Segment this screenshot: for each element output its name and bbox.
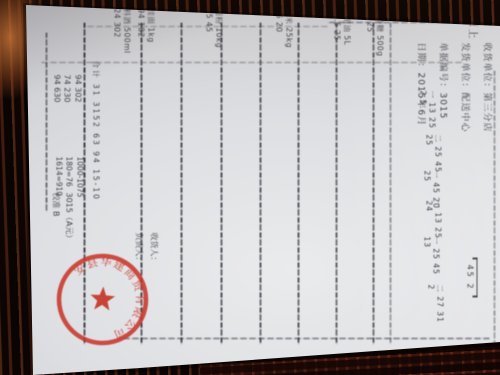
row-cell-4: 面粉 10kg25 45 [205, 9, 224, 67]
totals-value: 94 302 [72, 75, 83, 103]
table-column-line [42, 62, 462, 64]
totals-value: 1000-1075 [74, 157, 85, 198]
numeric-cluster-4: 一 13 2524 [425, 201, 442, 239]
star-icon [89, 284, 118, 314]
row-label: 大米 25kg [284, 9, 294, 67]
cluster-line: 二 25 45 [433, 135, 442, 173]
cluster-line: 13 [423, 237, 432, 275]
totals-value: 校准 B [50, 193, 63, 243]
table-row-line [181, 23, 183, 345]
photo-of-document: 源上 收货单位：第三分店 发货单位：配送中心 单据编号：3015 日期：2015… [0, 0, 500, 375]
cluster-line: 一 25 45 [431, 237, 440, 275]
row-label: 挂面 1kg [146, 9, 156, 67]
document-content: 源上 收货单位：第三分店 发货单位：配送中心 单据编号：3015 日期：2015… [30, 5, 500, 360]
numeric-cluster-5: 一 25 4513 [423, 237, 440, 275]
numeric-cluster-1: 一 13 252.5 [419, 91, 436, 129]
totals-column-2: 1000-1075180=761614=910 [53, 157, 85, 198]
table-top-border [494, 71, 496, 343]
table-row-line [298, 23, 300, 345]
table-row-line [336, 23, 338, 345]
table-row-line [373, 23, 375, 345]
numeric-cluster-2: 二 25 4525 [425, 135, 442, 173]
totals-value: 1614=910 [53, 157, 64, 198]
cluster-line: 2 [427, 285, 436, 323]
row-cell-6: 料酒 500ml24 302 [113, 9, 132, 67]
cluster-line: 2.5 [419, 91, 428, 129]
signature-line [46, 33, 48, 213]
row-cell-3: 大米 25kg45 20 [275, 9, 294, 67]
totals-value: 74 230 [62, 75, 73, 103]
row-cell-5: 挂面 1kg94 182 [137, 9, 156, 67]
numeric-cluster-6: 二 27 312 [427, 285, 444, 323]
totals-value: 94 630 [51, 75, 62, 103]
cluster-line: 25 [425, 135, 434, 173]
table-row-line [390, 23, 392, 345]
table-right-border [120, 338, 490, 340]
cluster-line: 一 13 25 [433, 201, 442, 239]
handwritten-bracket-value: 45 2 [466, 258, 478, 298]
row-figures: 45 20 [275, 9, 285, 67]
table-row-line [221, 23, 223, 345]
header-line-2: 发货单位：配送中心 [454, 43, 476, 193]
row-figures: 25 45 [205, 9, 215, 67]
row-label: 料酒 500ml [122, 9, 132, 67]
row-label: 面粉 10kg [214, 9, 224, 67]
signature-label: 收货人： [147, 233, 162, 265]
totals-column-3: 3015（A元）校准 B [50, 193, 76, 243]
paper-sheet: 源上 收货单位：第三分店 发货单位：配送中心 单据编号：3015 日期：2015… [0, 0, 500, 375]
row-figures: 94 182 [137, 9, 147, 67]
totals-main-line: 合计 31 3152 63 94 15-10 [91, 61, 102, 261]
cluster-line: 二 27 31 [435, 285, 444, 323]
totals-value: 180=76 [64, 157, 75, 198]
totals-column-1: 94 30274 23094 630 [51, 75, 83, 103]
cluster-line: 24 [425, 201, 434, 239]
row-figures: 24 302 [113, 9, 123, 67]
table-row-line [260, 23, 262, 345]
cluster-line: 一 13 25 [427, 91, 436, 129]
totals-value: 3015（A元） [63, 193, 76, 243]
header-block: 收货单位：第三分店 发货单位：配送中心 单据编号：3015 日期：2015年6月 [402, 43, 498, 193]
